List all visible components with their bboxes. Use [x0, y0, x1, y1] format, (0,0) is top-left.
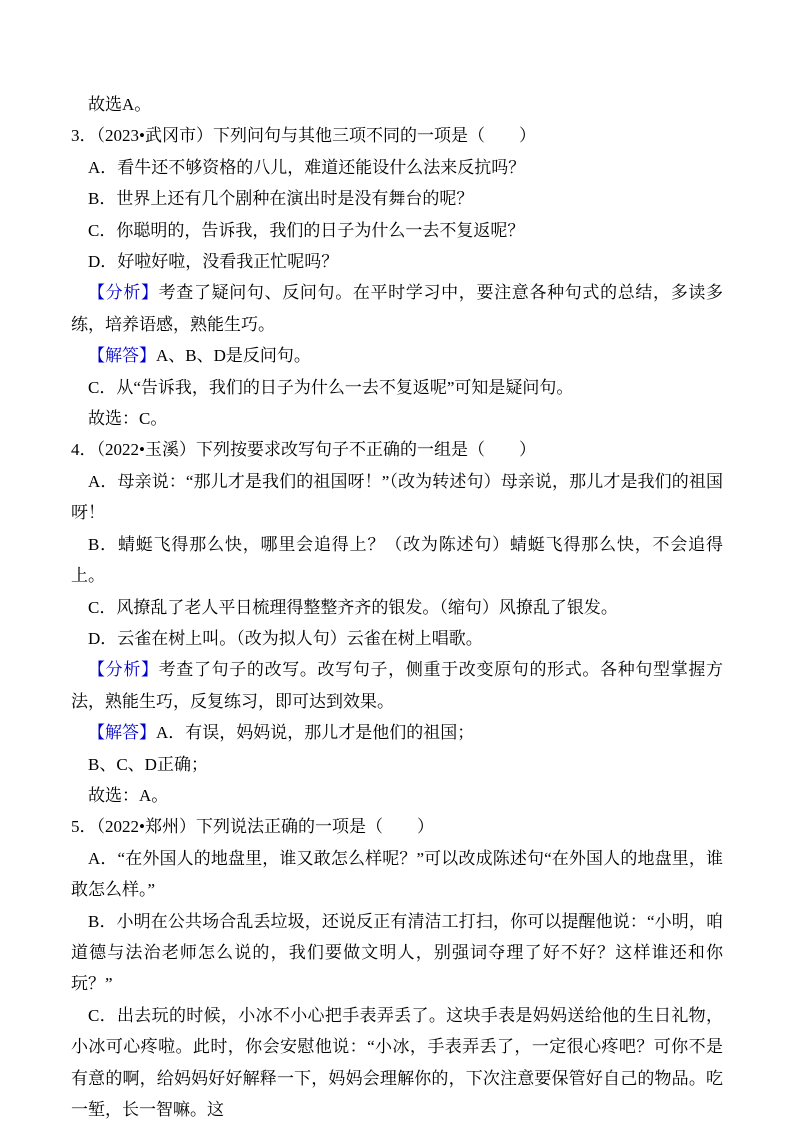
- question-3-analysis-text: 考查了疑问句、反问句。在平时学习中，要注意各种句式的总结，多读多练，培养语感，熟…: [71, 283, 723, 333]
- question-5-option-b: B．小明在公共场合乱丢垃圾，还说反正有清洁工打扫，你可以提醒他说：“小明，咱道德…: [71, 906, 723, 1000]
- question-3-answer-line-2: C．从“告诉我，我们的日子为什么一去不复返呢”可知是疑问句。: [71, 372, 723, 403]
- question-3-option-b: B．世界上还有几个剧种在演出时是没有舞台的呢？: [71, 183, 723, 214]
- analysis-label: 【分析】: [88, 283, 159, 302]
- question-4-answer: 【解答】A．有误，妈妈说，那儿才是他们的祖国；: [71, 717, 723, 748]
- question-4-answer-line-1: A．有误，妈妈说，那儿才是他们的祖国；: [156, 723, 474, 742]
- answer-label: 【解答】: [88, 346, 156, 365]
- question-4-option-b: B．蜻蜓飞得那么快，哪里会追得上？（改为陈述句）蜻蜓飞得那么快，不会追得上。: [71, 529, 723, 592]
- question-3-option-a: A．看牛还不够资格的八儿，难道还能设什么法来反抗吗？: [71, 152, 723, 183]
- question-5-stem-text: （2022•郑州）下列说法正确的一项是（ ）: [97, 817, 434, 836]
- analysis-label: 【分析】: [88, 660, 159, 679]
- question-4: 4．（2022•玉溪）下列按要求改写句子不正确的一组是（ ） A．母亲说：“那儿…: [71, 434, 723, 811]
- question-3-answer-line-1: A、B、D是反问句。: [156, 346, 311, 365]
- question-3-answer-conclusion: 故选：C。: [71, 403, 723, 434]
- question-5: 5．（2022•郑州）下列说法正确的一项是（ ） A．“在外国人的地盘里，谁又敢…: [71, 811, 723, 1123]
- question-3: 3．（2023•武冈市）下列问句与其他三项不同的一项是（ ） A．看牛还不够资格…: [71, 120, 723, 434]
- question-4-stem-text: （2022•玉溪）下列按要求改写句子不正确的一组是（ ）: [97, 440, 536, 459]
- question-4-answer-line-2: B、C、D正确；: [71, 749, 723, 780]
- question-4-option-d: D．云雀在树上叫。（改为拟人句）云雀在树上唱歌。: [71, 623, 723, 654]
- question-4-option-a: A．母亲说：“那儿才是我们的祖国呀！”（改为转述句）母亲说，那儿才是我们的祖国呀…: [71, 466, 723, 529]
- question-5-option-c: C．出去玩的时候，小冰不小心把手表弄丢了。这块手表是妈妈送给他的生日礼物，小冰可…: [71, 1000, 723, 1123]
- question-3-stem-text: （2023•武冈市）下列问句与其他三项不同的一项是（ ）: [97, 126, 536, 145]
- question-4-number: 4．: [71, 440, 97, 459]
- question-4-answer-conclusion: 故选：A。: [71, 780, 723, 811]
- question-5-stem: 5．（2022•郑州）下列说法正确的一项是（ ）: [71, 811, 723, 842]
- question-4-option-c: C．风撩乱了老人平日梳理得整整齐齐的银发。（缩句）风撩乱了银发。: [71, 592, 723, 623]
- question-3-option-d: D．好啦好啦，没看我正忙呢吗？: [71, 246, 723, 277]
- answer-label: 【解答】: [88, 723, 156, 742]
- question-4-stem: 4．（2022•玉溪）下列按要求改写句子不正确的一组是（ ）: [71, 434, 723, 465]
- question-4-analysis: 【分析】考查了句子的改写。改写句子，侧重于改变原句的形式。各种句型掌握方法，熟能…: [71, 654, 723, 717]
- exam-document-page: 故选A。 3．（2023•武冈市）下列问句与其他三项不同的一项是（ ） A．看牛…: [0, 0, 794, 1123]
- question-3-answer: 【解答】A、B、D是反问句。: [71, 340, 723, 371]
- question-3-stem: 3．（2023•武冈市）下列问句与其他三项不同的一项是（ ）: [71, 120, 723, 151]
- question-3-option-c: C．你聪明的，告诉我，我们的日子为什么一去不复返呢？: [71, 215, 723, 246]
- question-5-number: 5．: [71, 817, 97, 836]
- previous-answer-conclusion: 故选A。: [71, 89, 723, 120]
- question-3-analysis: 【分析】考查了疑问句、反问句。在平时学习中，要注意各种句式的总结，多读多练，培养…: [71, 277, 723, 340]
- question-3-number: 3．: [71, 126, 97, 145]
- question-5-option-a: A．“在外国人的地盘里，谁又敢怎么样呢？”可以改成陈述句“在外国人的地盘里，谁敢…: [71, 843, 723, 906]
- question-4-analysis-text: 考查了句子的改写。改写句子，侧重于改变原句的形式。各种句型掌握方法，熟能生巧，反…: [71, 660, 723, 710]
